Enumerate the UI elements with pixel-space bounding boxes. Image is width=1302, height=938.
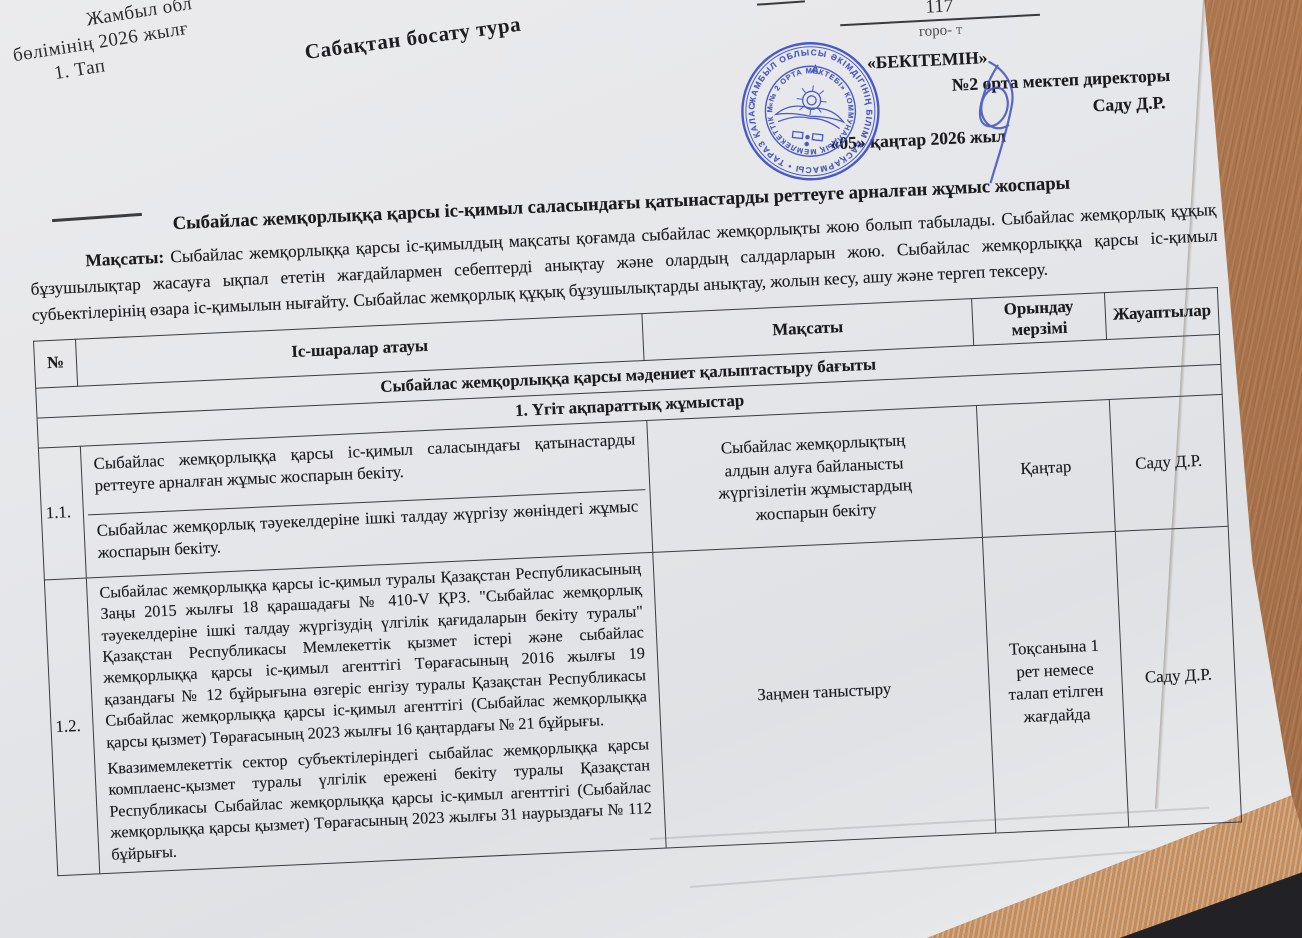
row-responsible: Саду Д.Р. [1109, 394, 1228, 531]
row-purpose: Заңмен таныстыру [653, 537, 996, 848]
intro-label: Мақсаты: [85, 248, 165, 271]
row-purpose: Сыбайлас жемқорлықтың алдын алуға байлан… [647, 405, 983, 552]
deadline-text: Тоқсанына 1 рет немесе талап етілген жағ… [998, 634, 1114, 730]
row-activity: Сыбайлас жемқорлыққа қарсы іс-қимыл сала… [80, 420, 652, 578]
purpose-text: Сыбайлас жемқорлықтың алдын алуға байлан… [702, 428, 928, 529]
header-deadline: Орындау мерзімі [972, 292, 1107, 345]
header-responsible: Жауаптылар [1104, 287, 1219, 339]
row-deadline: Қаңтар [976, 399, 1115, 537]
activity-part: Сыбайлас жемқорлыққа қарсы іс-қимыл тура… [91, 555, 657, 759]
work-plan-table: № Іс-шаралар атауы Мақсаты Орындау мерзі… [33, 287, 1242, 876]
row-number: 1.1. [38, 446, 86, 580]
row-responsible: Саду Д.Р. [1115, 526, 1241, 827]
director-signature [949, 55, 1065, 190]
header-num: № [34, 339, 78, 388]
row-deadline: Тоқсанына 1 рет немесе талап етілген жағ… [982, 531, 1128, 833]
official-round-stamp: ЖАМБЫЛ ОБЛЫСЫ ӘКІМДІГІНІҢ БІЛІМ БАСҚАРМА… [730, 31, 891, 192]
stamp-outer-ring-text: ЖАМБЫЛ ОБЛЫСЫ ӘКІМДІГІНІҢ БІЛІМ БАСҚАРМА… [730, 31, 883, 183]
row-activity: Сыбайлас жемқорлыққа қарсы іс-қимыл тура… [86, 552, 666, 874]
activity-part: Квазимемлекеттік сектор субъектілеріндег… [99, 734, 662, 871]
main-document: ЖАМБЫЛ ОБЛЫСЫ ӘКІМДІГІНІҢ БІЛІМ БАСҚАРМА… [22, 44, 1244, 876]
table-row: 1.2. Сыбайлас жемқорлыққа қарсы іс-қимыл… [44, 526, 1241, 876]
svg-text:ЖАМБЫЛ ОБЛЫСЫ ӘКІМДІГІНІҢ БІЛІ: ЖАМБЫЛ ОБЛЫСЫ ӘКІМДІГІНІҢ БІЛІМ БАСҚАРМА… [730, 31, 883, 183]
